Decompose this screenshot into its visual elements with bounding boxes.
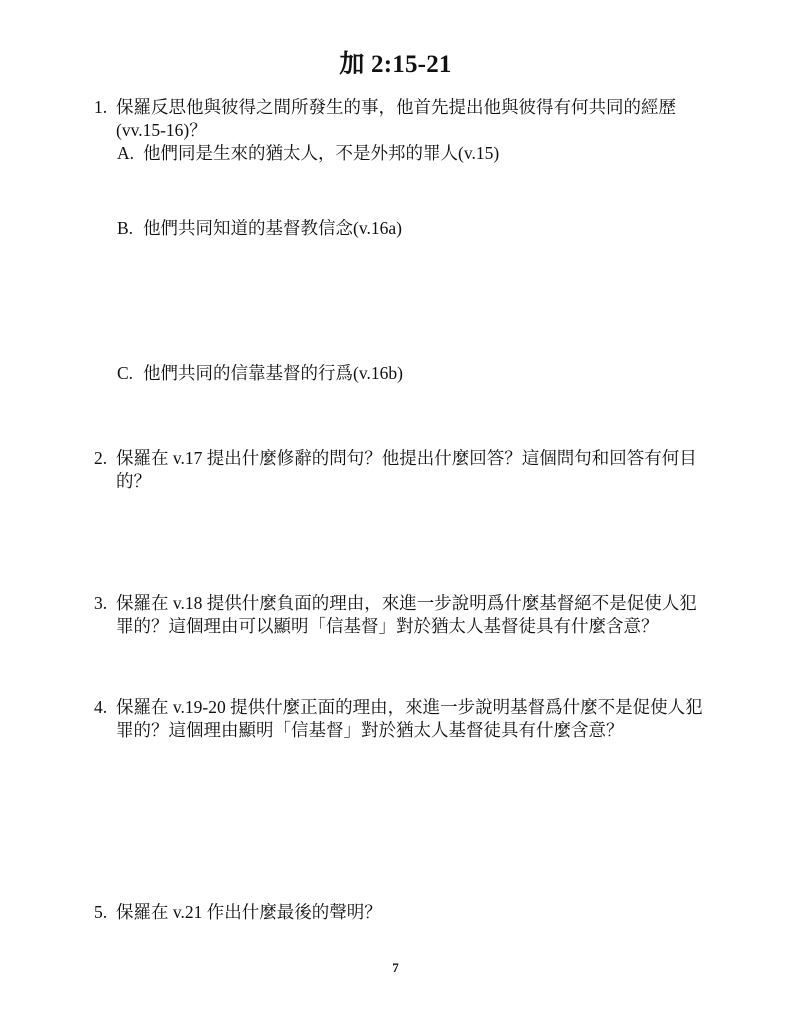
question-5: 5. 保羅在 v.21 作出什麼最後的聲明？ xyxy=(94,901,714,924)
subitem-text: 他們同是生來的猶太人，不是外邦的罪人(v.15) xyxy=(143,143,499,163)
question-text: 保羅在 v.17 提出什麼修辭的問句？他提出什麼回答？這個問句和回答有何目的？ xyxy=(116,447,714,493)
page-number: 7 xyxy=(0,960,791,976)
question-4: 4. 保羅在 v.19-20 提供什麼正面的理由，來進一步說明基督爲什麼不是促使… xyxy=(94,696,714,742)
subitem-letter: A. xyxy=(117,142,143,165)
subitem-text: 他們共同的信靠基督的行爲(v.16b) xyxy=(143,363,403,383)
subitem-text: 他們共同知道的基督教信念(v.16a) xyxy=(143,218,402,238)
question-number: 1. xyxy=(94,96,107,119)
question-text: 保羅在 v.18 提供什麼負面的理由，來進一步說明爲什麼基督絕不是促使人犯罪的？… xyxy=(116,592,714,638)
document-page: 加 2:15-21 1. 保羅反思他與彼得之間所發生的事，他首先提出他與彼得有何… xyxy=(0,0,791,1024)
question-1-subitem-a: A.他們同是生來的猶太人，不是外邦的罪人(v.15) xyxy=(117,142,499,165)
question-text: 保羅反思他與彼得之間所發生的事，他首先提出他與彼得有何共同的經歷(vv.15-1… xyxy=(116,96,714,142)
question-number: 4. xyxy=(94,696,107,719)
question-1: 1. 保羅反思他與彼得之間所發生的事，他首先提出他與彼得有何共同的經歷(vv.1… xyxy=(94,96,714,142)
question-text: 保羅在 v.21 作出什麼最後的聲明？ xyxy=(116,901,714,924)
page-title: 加 2:15-21 xyxy=(0,44,791,80)
question-1-subitem-b: B.他們共同知道的基督教信念(v.16a) xyxy=(117,217,402,240)
question-text: 保羅在 v.19-20 提供什麼正面的理由，來進一步說明基督爲什麼不是促使人犯罪… xyxy=(116,696,714,742)
question-number: 2. xyxy=(94,447,107,470)
question-2: 2. 保羅在 v.17 提出什麼修辭的問句？他提出什麼回答？這個問句和回答有何目… xyxy=(94,447,714,493)
question-number: 5. xyxy=(94,901,107,924)
question-number: 3. xyxy=(94,592,107,615)
question-3: 3. 保羅在 v.18 提供什麼負面的理由，來進一步說明爲什麼基督絕不是促使人犯… xyxy=(94,592,714,638)
subitem-letter: C. xyxy=(117,362,143,385)
subitem-letter: B. xyxy=(117,217,143,240)
question-1-subitem-c: C.他們共同的信靠基督的行爲(v.16b) xyxy=(117,362,403,385)
